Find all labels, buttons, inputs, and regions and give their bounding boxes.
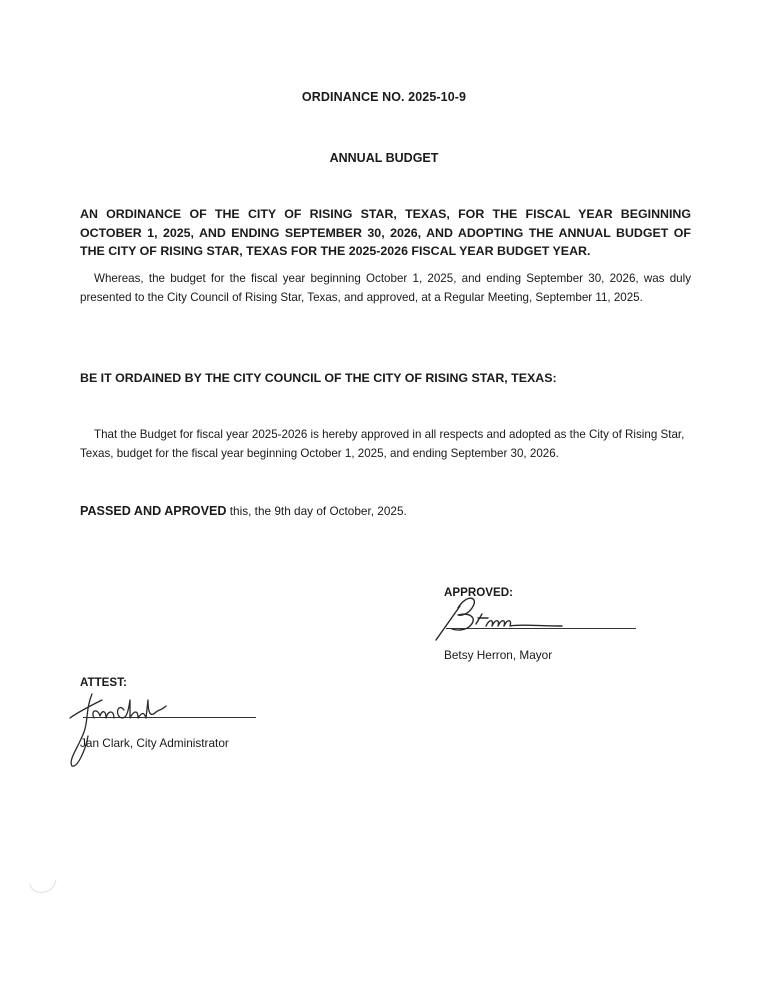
scan-artifact-icon <box>24 872 64 902</box>
ordinance-number: ORDINANCE NO. 2025-10-9 <box>0 90 768 104</box>
administrator-name: Jan Clark, City Administrator <box>80 736 229 750</box>
passed-statement: PASSED AND APROVED this, the 9th day of … <box>80 504 691 518</box>
document-subtitle: ANNUAL BUDGET <box>0 151 768 165</box>
mayor-signature-icon <box>432 588 582 648</box>
resolution-paragraph: That the Budget for fiscal year 2025-202… <box>80 426 691 463</box>
ordinance-caption: AN ORDINANCE OF THE CITY OF RISING STAR,… <box>80 205 691 261</box>
ordained-heading: BE IT ORDAINED BY THE CITY COUNCIL OF TH… <box>80 371 691 385</box>
passed-lead: PASSED AND APROVED <box>80 504 226 518</box>
mayor-name: Betsy Herron, Mayor <box>444 648 552 662</box>
passed-date-text: this, the 9th day of October, 2025. <box>226 504 406 518</box>
administrator-signature-icon <box>62 688 192 768</box>
document-page: ORDINANCE NO. 2025-10-9 ANNUAL BUDGET AN… <box>0 0 768 994</box>
whereas-paragraph: Whereas, the budget for the fiscal year … <box>80 270 691 307</box>
